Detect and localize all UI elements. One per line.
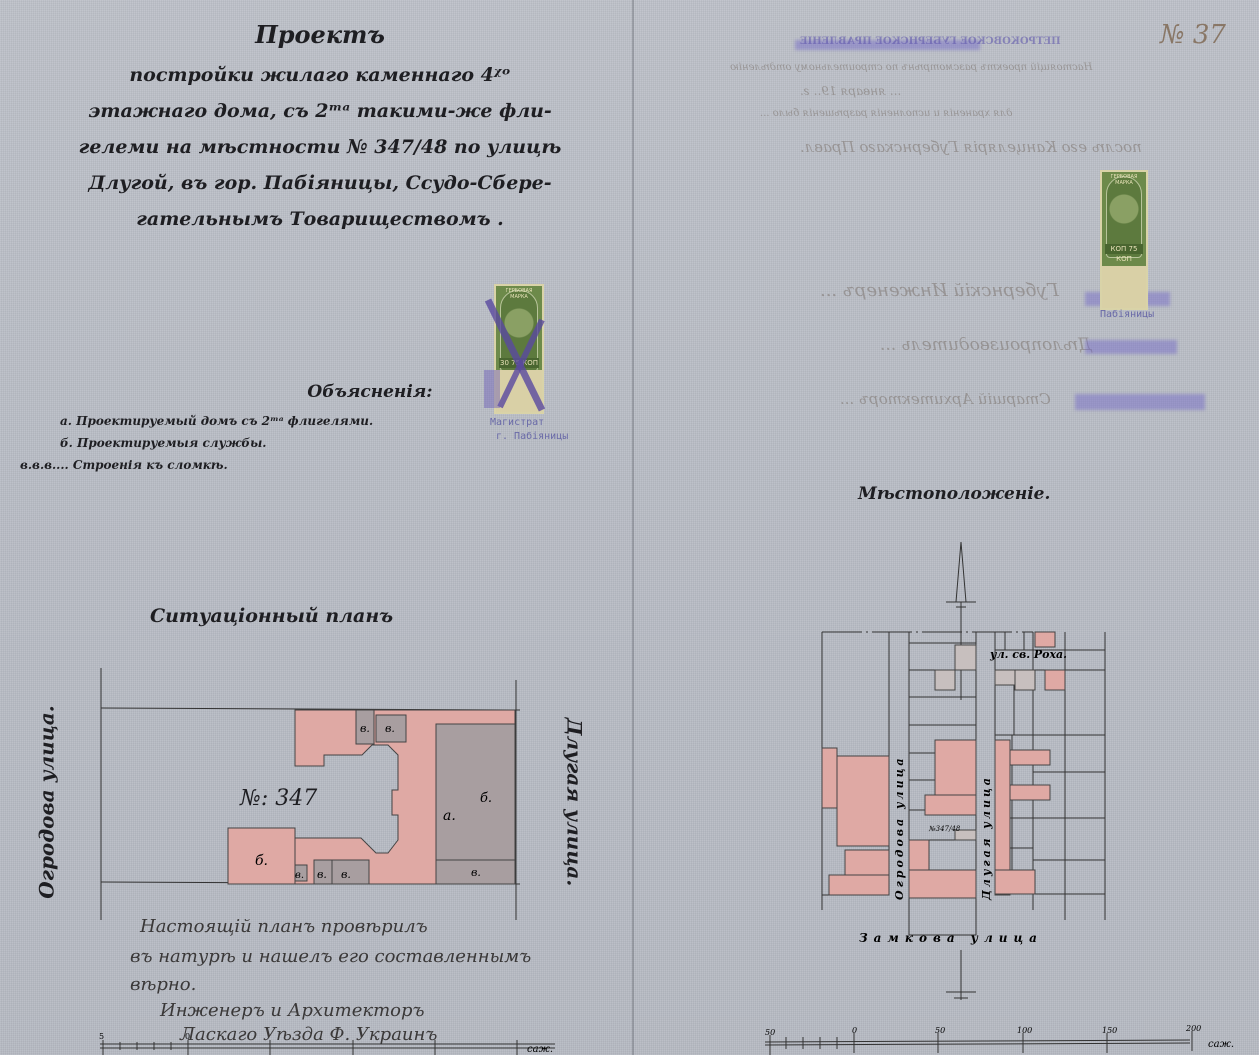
situation-plan-title: Ситуаціонный планъ [150,605,393,627]
scale-tick-150: 150 [1102,1026,1117,1035]
left-scale-bar: 5 0 саж. [95,1030,575,1055]
label-b-main: б. [480,791,492,806]
street-label-ogrodowa: Огродова улица [893,755,906,900]
street-label-roch: ул. св. Роха. [989,648,1067,661]
legend-item-v: в.в.в.... Строенія къ сломкѣ. [20,454,590,476]
label-v-4: в. [317,868,327,881]
label-v-1: в. [360,722,370,735]
left-scale-tick-5: 5 [99,1032,104,1041]
office-header-text: ПЕТРОКОВСКОЕ ГУБЕРНСКОЕ ПРАВЛЕНІЕ [800,36,1061,47]
scale-tick-50: 50 [935,1026,945,1035]
label-b-service: б. [255,853,268,869]
reverse-line-2: ... января 19.. г. [800,84,901,98]
certification-line-1: Настоящій планъ провѣрилъ [140,912,428,942]
label-v-3: в. [295,870,304,881]
stamp-right-lower-panel [1102,266,1146,308]
label-v-6: в. [471,866,481,879]
right-street-label: Длугая улица. [562,718,586,887]
reverse-line-4: послѣ его Канцелярія Губернскаго Правл. [800,138,1142,156]
label-v-5: в. [341,868,351,881]
legend-title: Объясненія: [150,382,590,402]
title-line-5: гательнымъ Товариществомъ . [60,201,580,237]
violet-stamp-3 [1075,394,1205,410]
reverse-line-5: Губернскій Инженеръ ... [820,280,1059,301]
north-arrow-icon [956,542,966,602]
title-line-1: постройки жилаго каменнаго 4ᵡᵒ [60,57,580,93]
right-scale-bar: 50 0 50 100 150 200 саж. [760,1025,1259,1055]
fold-line [632,0,634,1055]
violet-stamp-2 [1085,340,1177,354]
legend: Объясненія: а. Проектируемый домъ съ 2ᵐᵃ… [30,382,590,476]
legend-item-a: а. Проектируемый домъ съ 2ᵐᵃ флигелями. [60,410,590,432]
plot-number-label: №: 347 [239,786,317,811]
plot-347-label: №347/48 [928,825,961,833]
certification-line-2: въ натурѣ и нашелъ его составленнымъ [130,942,531,972]
scale-tick-100: 100 [1017,1026,1032,1035]
street-label-zamkowa: Замкова улица [859,931,1043,945]
street-label-dluga: Длугая улица [980,775,993,901]
stamp-right-value: КОП 75 КОП [1105,244,1143,254]
stamp-right-cancel: Пабіяницы [1100,308,1154,321]
label-v-2: в. [385,722,395,735]
left-scale-unit: саж. [527,1044,553,1055]
left-street-label: Огродова улица. [35,705,59,898]
legend-item-b: б. Проектируемыя службы. [60,432,590,454]
label-a: а. [443,808,456,824]
scale-tick-0: 0 [852,1026,857,1035]
revenue-stamp-right: ГЕРБОВАЯ МАРКА КОП 75 КОП [1100,170,1148,310]
scale-tick-200: 200 [1185,1025,1201,1033]
title-line-3: гелеми на мѣстности № 347/48 по улицѣ [60,129,580,165]
stamp-right-caption: ГЕРБОВАЯ МАРКА [1104,174,1144,186]
project-heading: Проектъ [60,20,580,49]
location-plan-title: Мѣстоположеніе. [858,484,1050,504]
project-title-block: Проектъ постройки жилаго каменнаго 4ᵡᵒ э… [60,20,580,237]
scale-tick-50-left: 50 [765,1028,775,1037]
scale-unit: саж. [1208,1039,1234,1050]
reverse-line-7: Старшій Архитекторъ ... [840,390,1051,408]
location-plan-drawing: ул. св. Роха. Огродова улица Длугая улиц… [815,540,1115,1010]
document-number: № 37 [1160,20,1226,50]
situation-plan-drawing: №: 347 а. б. б. в. в. в. в. в. в. [95,660,525,920]
reverse-line-3: для храненія и исполненія разрѣшенія был… [760,108,1013,119]
title-line-4: Длугой, въ гор. Пабіяницы, Ссудо-Сбере- [60,165,580,201]
title-line-2: этажнаго дома, съ 2ᵐᵃ такими-же фли- [60,93,580,129]
reverse-line-6: Дѣлопроизводитель ... [880,335,1092,355]
reverse-line-1: Настоящій проектъ разсмотрѣнъ по строите… [730,62,1092,73]
left-scale-tick-0: 0 [185,1032,190,1041]
